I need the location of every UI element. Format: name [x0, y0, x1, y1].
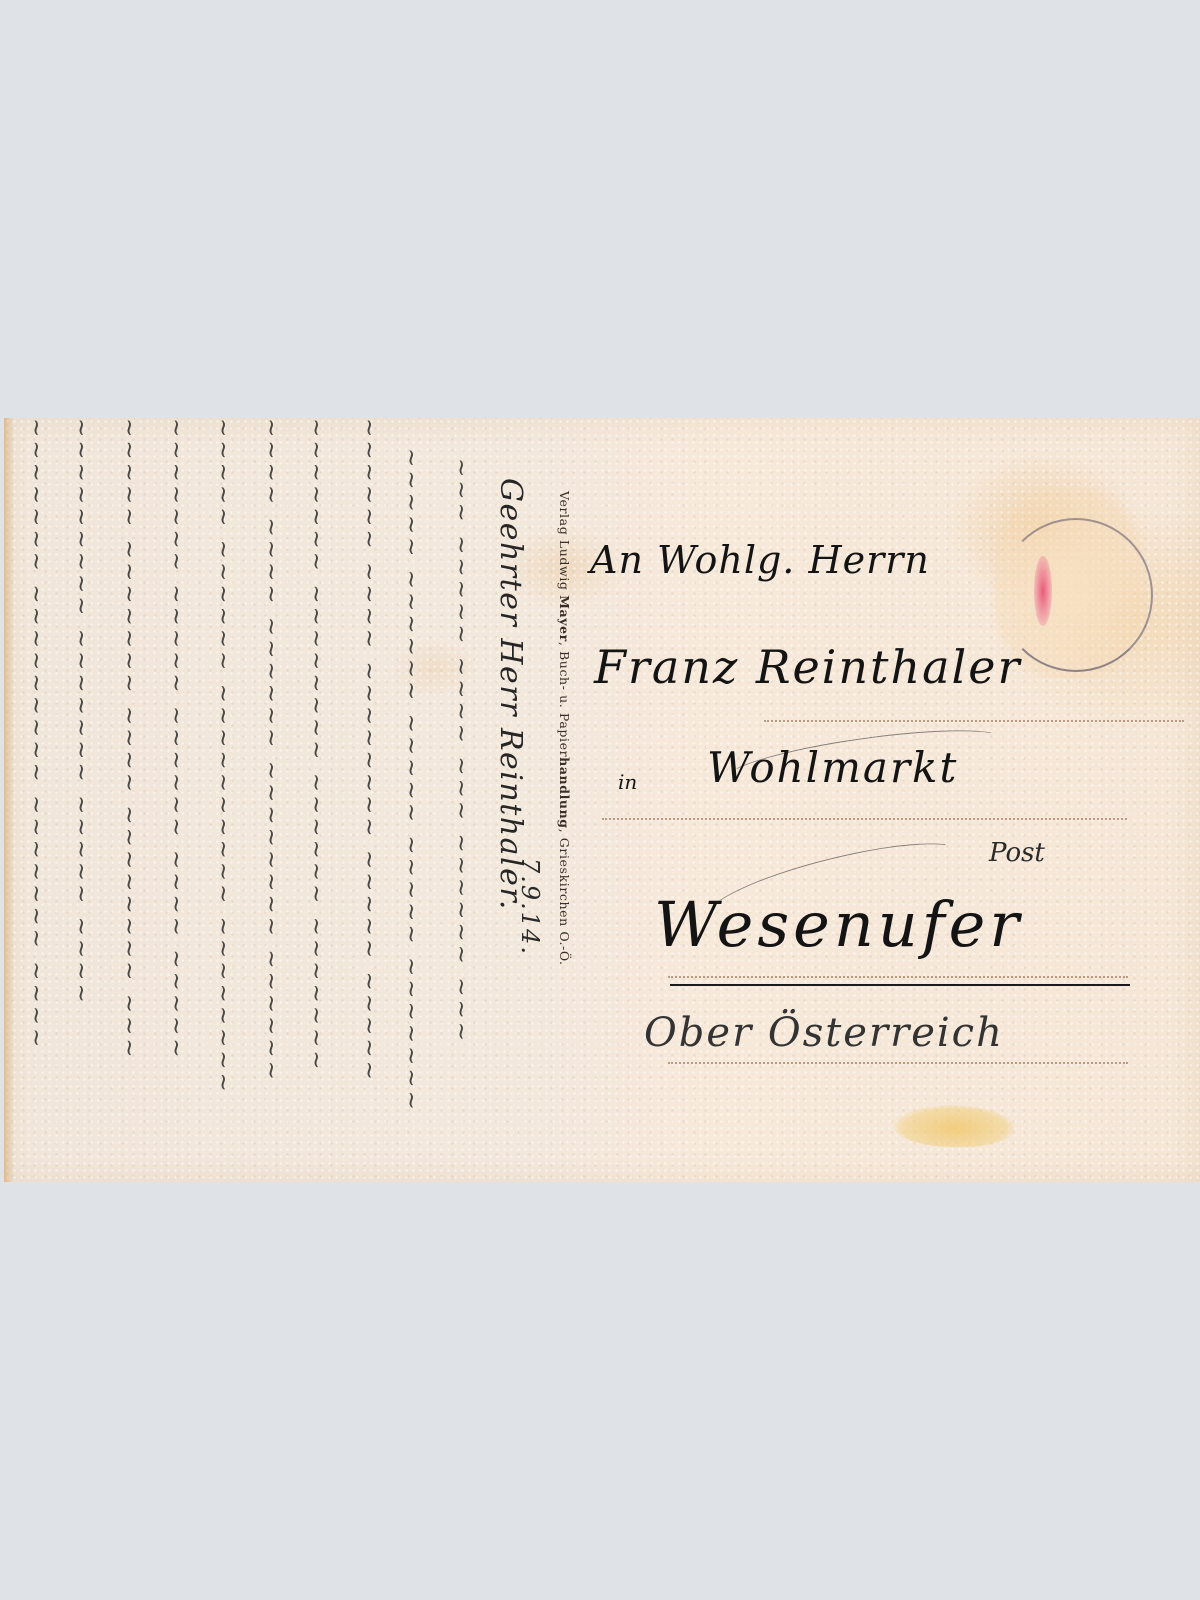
message-line: ~~~~~~ ~~~~ ~~~~~~~~ ~~~~~ ~~~~~	[356, 418, 382, 1083]
postmark-ring	[999, 518, 1153, 672]
address-in-label: in	[618, 770, 637, 794]
message-line: ~~~~~~~ ~~~~~ ~~~~~~ ~~~~ ~~~~~	[163, 418, 189, 1061]
imprint-bold: handlung	[557, 757, 572, 828]
address-town: Wesenufer	[654, 888, 1023, 961]
message-line: ~~~ ~~~~~ ~~~~ ~~~ ~~~~~~ ~~~	[448, 458, 474, 1044]
imprint-middle: , Buch- u. Papier	[557, 642, 572, 757]
message-line: ~~~~~ ~~~~~~~ ~~~~ ~~~~~~~~ ~~~	[116, 418, 142, 1061]
imprint-suffix: , Grieskirchen O.-Ö.	[557, 829, 572, 966]
water-stain	[894, 1105, 1014, 1147]
recipient-name: Franz Reinthaler	[594, 640, 1021, 694]
imprint-publisher-name: Mayer	[557, 595, 572, 642]
message-line: ~~~~ ~~~~ ~~~~~~ ~~~~~~~~ ~~~~~~	[258, 418, 284, 1083]
message-line: ~~~~~~~ ~~~~~~~~~ ~~~~~~~ ~~~~	[23, 418, 49, 1050]
message-greeting: Geehrter Herr Reinthaler.	[493, 478, 528, 911]
address-line-1	[764, 720, 1184, 722]
message-line: ~~~~~~~~~ ~~~~~~~ ~~~~~ ~~~~	[68, 418, 94, 1006]
postcard: Verlag Ludwig Mayer, Buch- u. Papierhand…	[4, 418, 1200, 1182]
address-region: Ober Österreich	[644, 1010, 1004, 1056]
publisher-imprint: Verlag Ludwig Mayer, Buch- u. Papierhand…	[557, 491, 572, 966]
message-line: ~~~~~ ~~~~~~ ~~~~~ ~~~~~ ~~~~~~~	[398, 448, 424, 1113]
address-line-4	[668, 1062, 1128, 1064]
message-line: ~~~~~~~ ~~~~~~~~ ~~~~~~ ~~~~~~~	[303, 418, 329, 1073]
address-salutation: An Wohlg. Herrn	[590, 538, 930, 582]
address-line-2	[602, 818, 1127, 820]
paper-edge-discoloration	[4, 418, 14, 1182]
message-line: ~~~~~ ~~~~~~ ~~~~~~~~~~ ~~~~~~~~	[210, 418, 236, 1095]
address-post-label: Post	[989, 838, 1045, 868]
address-line-3	[668, 976, 1128, 978]
imprint-prefix: Verlag Ludwig	[557, 491, 572, 595]
address-place: Wohlmarkt	[707, 743, 958, 792]
town-underline	[670, 984, 1130, 986]
